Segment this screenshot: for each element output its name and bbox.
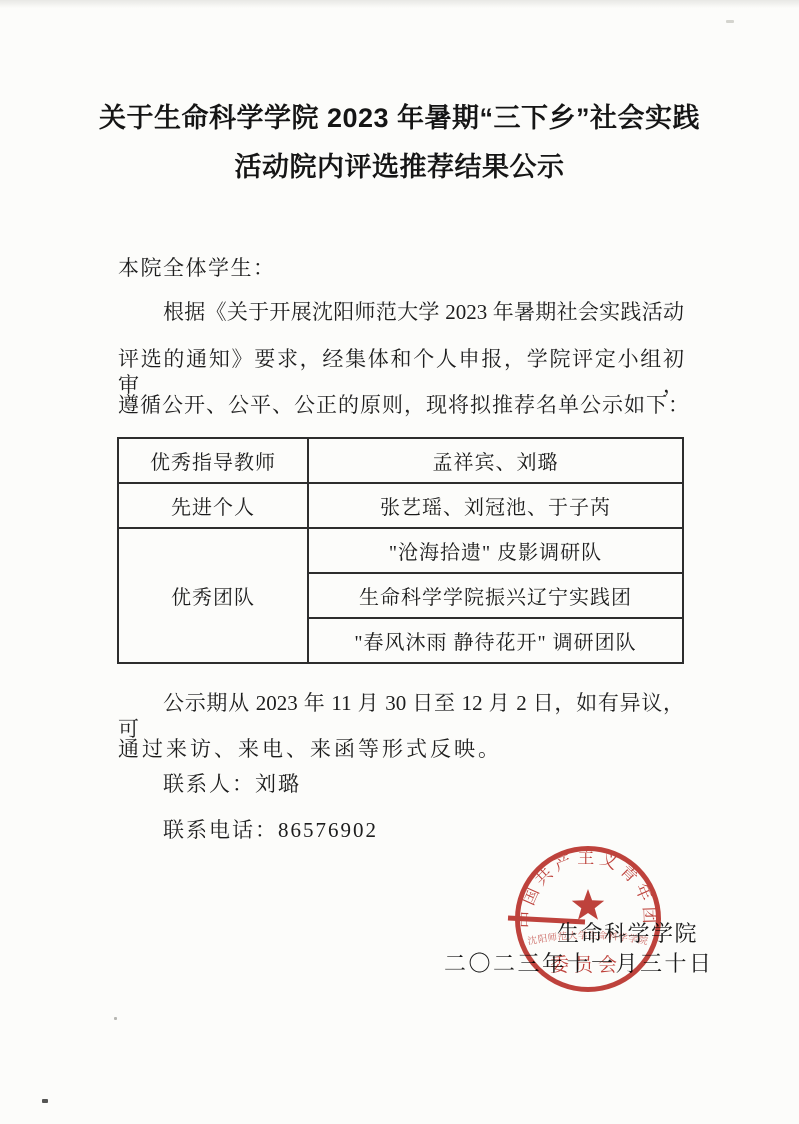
document-title: 关于生命科学学院 2023 年暑期“三下乡”社会实践 活动院内评选推荐结果公示	[0, 94, 799, 192]
title-line-1: 关于生命科学学院 2023 年暑期“三下乡”社会实践	[0, 94, 799, 143]
salutation: 本院全体学生：	[118, 255, 684, 281]
table-row: 优秀团队 "沧海拾遗" 皮影调研队	[118, 528, 683, 573]
seal-bottom-text: 委员会	[550, 954, 622, 976]
seal-graphics: 中国共产主义青年团 沈阳师范大学生命科学学院 委员会	[508, 848, 659, 989]
seal-outer-text: 中国共产主义青年团	[517, 848, 660, 928]
paragraph1-line3: 遵循公开、公平、公正的原则，现将拟推荐名单公示如下：	[118, 392, 684, 418]
paragraph2-line1: 公示期从 2023 年 11 月 30 日至 12 月 2 日，如有异议，可	[118, 690, 684, 742]
table-row: 优秀指导教师 孟祥宾、刘璐	[118, 438, 683, 483]
official-red-seal: 中国共产主义青年团 沈阳师范大学生命科学学院 委员会	[506, 837, 670, 1001]
scan-speck	[114, 1017, 117, 1020]
paragraph1-line1: 根据《关于开展沈阳师范大学 2023 年暑期社会实践活动	[118, 299, 684, 325]
award-recipients: 孟祥宾、刘璐	[308, 438, 683, 483]
paragraph2-line2: 通过来访、来电、来函等形式反映。	[118, 736, 684, 762]
award-recipients: 生命科学学院振兴辽宁实践团	[308, 573, 683, 618]
scan-speck	[726, 20, 734, 23]
paragraph1-line2: 评选的通知》要求，经集体和个人申报，学院评定小组初审，	[118, 346, 684, 398]
star-icon	[572, 889, 604, 920]
contact-person: 联系人：刘璐	[163, 771, 729, 797]
award-category: 优秀团队	[118, 528, 308, 663]
scan-speck	[42, 1099, 48, 1103]
award-category: 优秀指导教师	[118, 438, 308, 483]
award-recipients: "沧海拾遗" 皮影调研队	[308, 528, 683, 573]
seal-inner-text: 沈阳师范大学生命科学学院	[527, 929, 650, 947]
award-recipients: 张艺瑶、刘冠池、于子芮	[308, 483, 683, 528]
title-line-2: 活动院内评选推荐结果公示	[0, 143, 799, 192]
table-row: 先进个人 张艺瑶、刘冠池、于子芮	[118, 483, 683, 528]
document-page: 关于生命科学学院 2023 年暑期“三下乡”社会实践 活动院内评选推荐结果公示 …	[0, 0, 799, 1124]
award-category: 先进个人	[118, 483, 308, 528]
award-table: 优秀指导教师 孟祥宾、刘璐 先进个人 张艺瑶、刘冠池、于子芮 优秀团队 "沧海拾…	[117, 437, 684, 664]
award-recipients: "春风沐雨 静待花开" 调研团队	[308, 618, 683, 663]
scan-edge-artifact	[0, 0, 799, 8]
